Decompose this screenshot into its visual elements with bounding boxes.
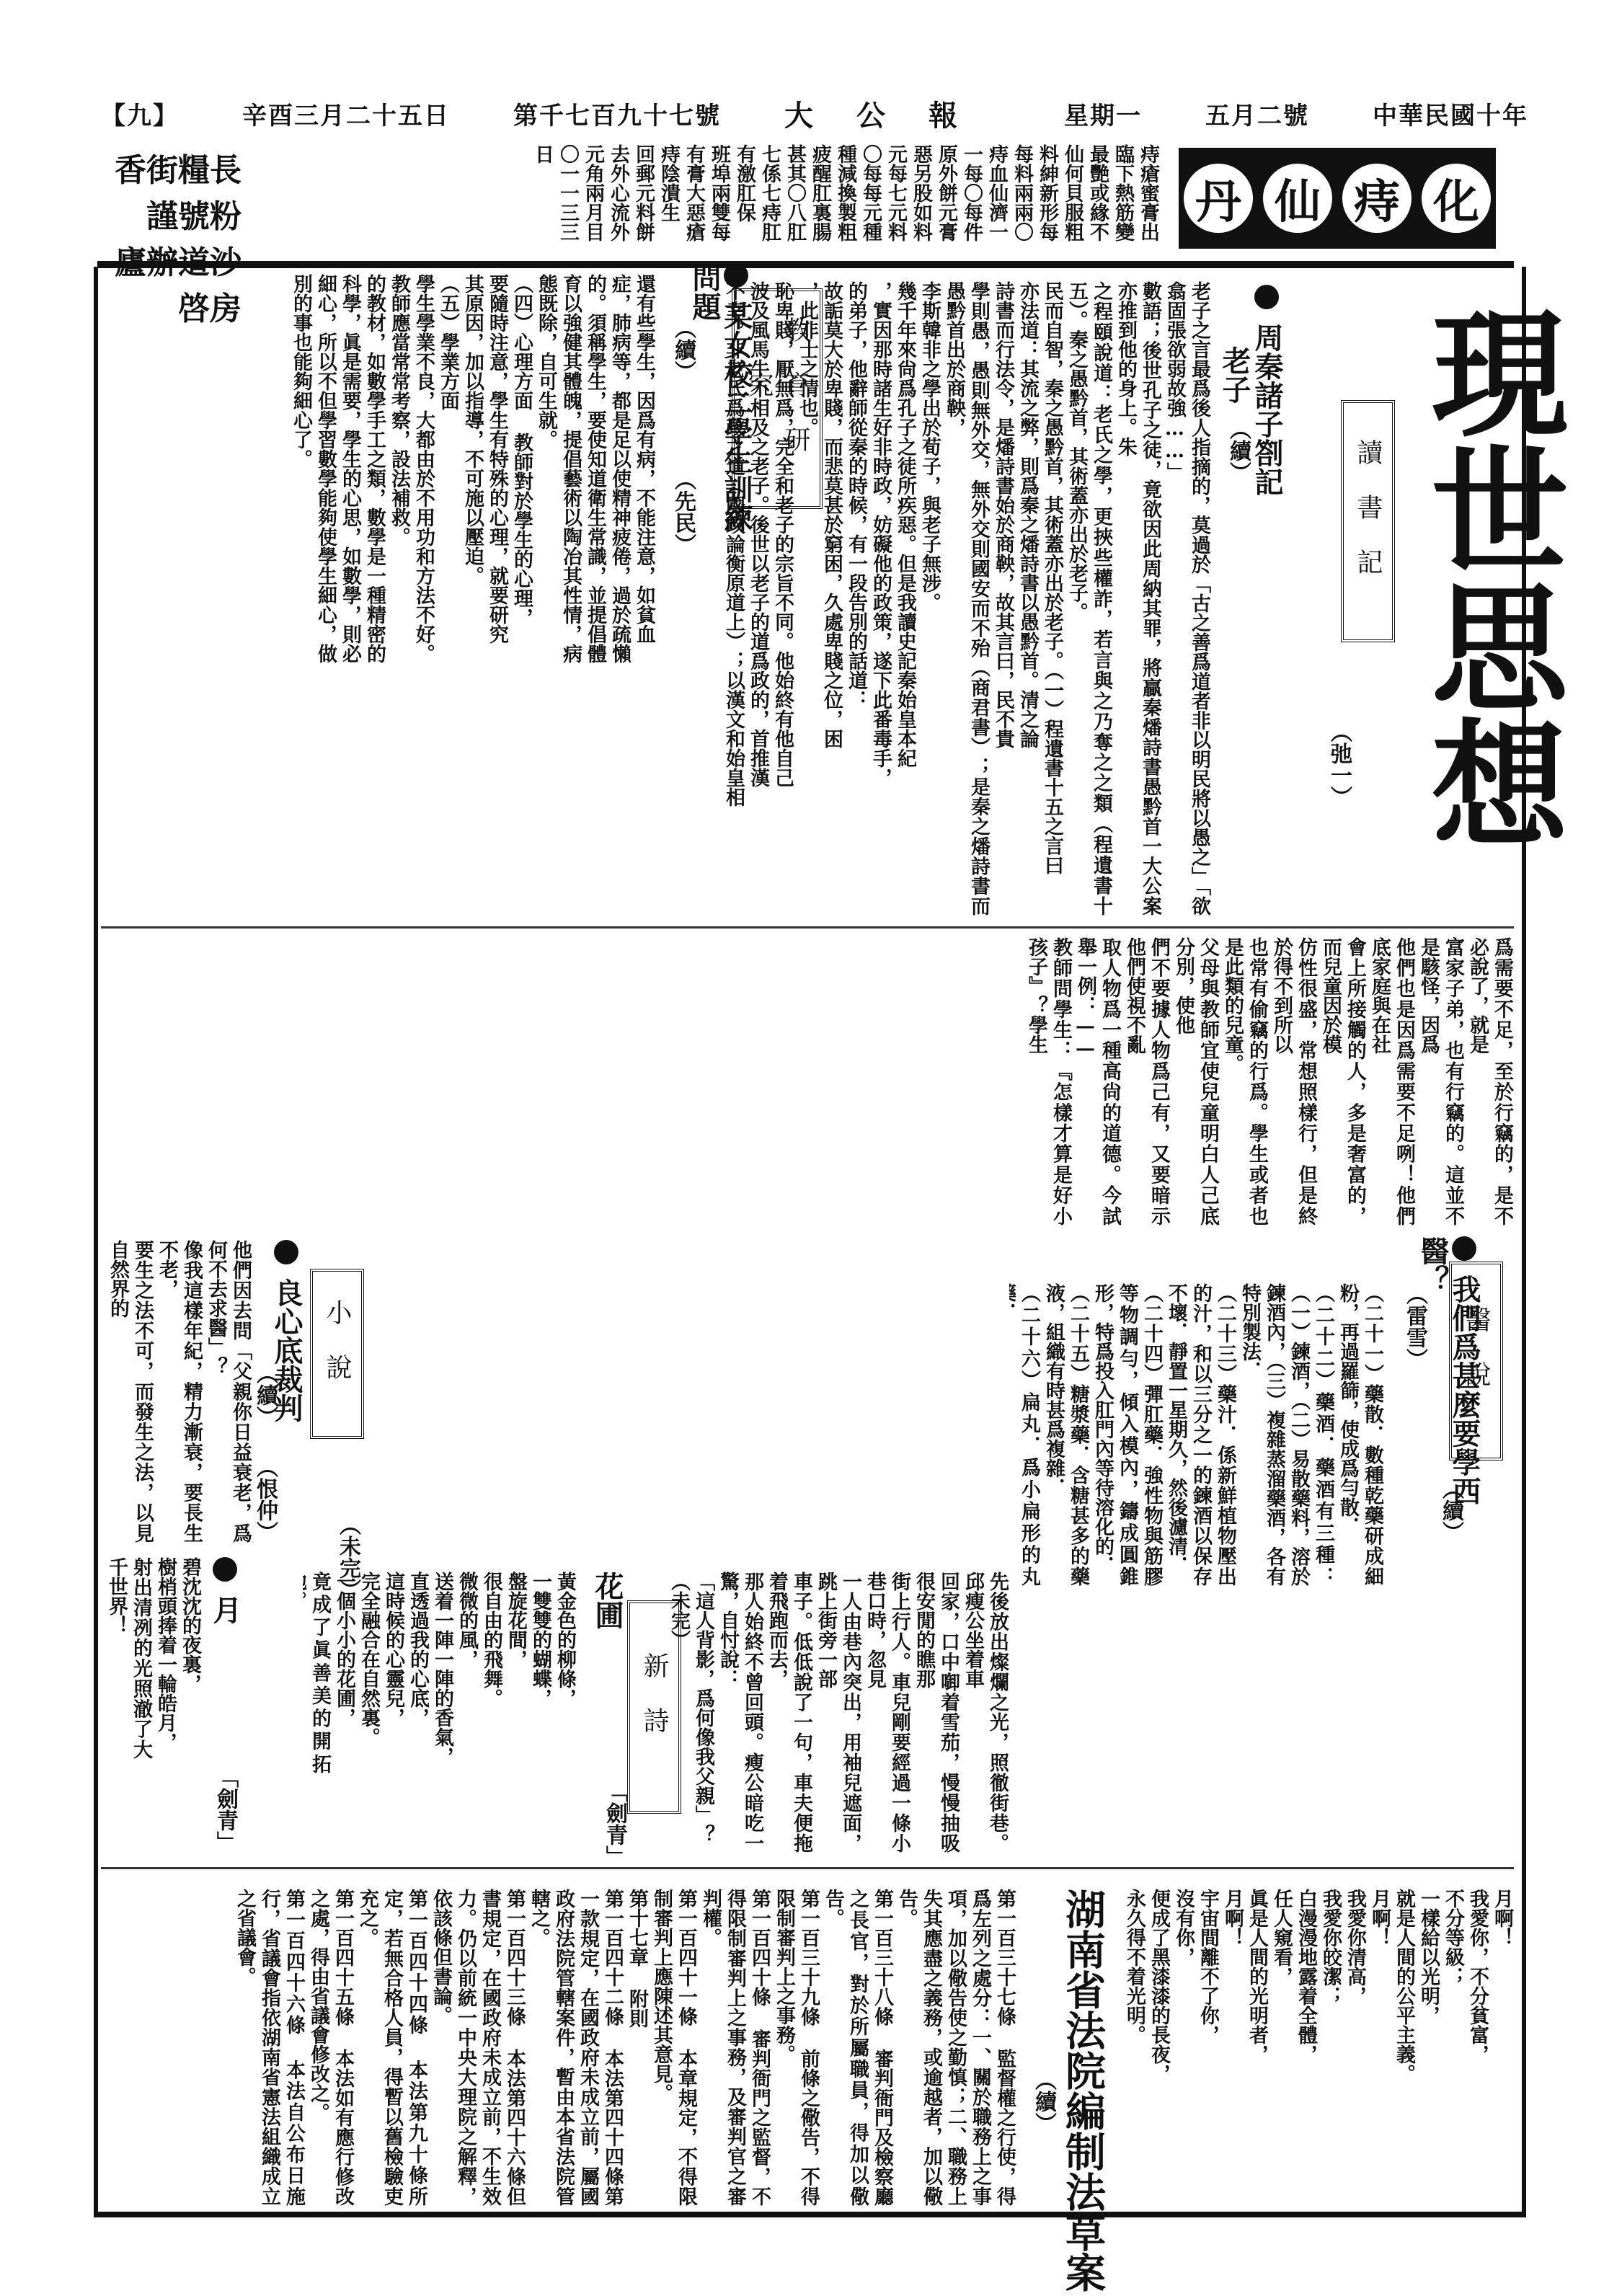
- divider-rule: [101, 1867, 1514, 1869]
- law-article: 第一百四十五條 本法如有應行修改之處，得由省議會修改之。: [306, 1889, 355, 2206]
- paragraph: 先後放出燦爛之光，照徹街巷。邱瘦公坐着車: [960, 1572, 1009, 1853]
- poem-line: 樹梢頭捧着一輪皓月，: [153, 1557, 177, 1759]
- masthead-page-number: 【九】: [101, 96, 179, 131]
- paragraph: 他們也是因爲需要不足咧！他們底家庭與在社: [1367, 937, 1416, 1225]
- poem-moon-author: 「劍青」: [209, 1766, 241, 1853]
- paragraph: 的。須稱學生，要使知道衛生常識，並提倡體: [582, 274, 607, 908]
- paragraph: 的教材，如數學手工之類，數學是一種精密的: [362, 274, 386, 908]
- poem-line: 宇宙間離不了你，: [1195, 1889, 1220, 2105]
- bullet-icon: [213, 1557, 237, 1582]
- list-item: （二十四）彈肛藥．強性物與筋膠等物調勻，傾入模內，鑄成圓錐形，特爲投入肛門內等待…: [1090, 1283, 1164, 1586]
- paragraph: 「這人背影，爲何像我父親」？: [691, 1572, 715, 1853]
- law-continued: （續）: [1027, 2069, 1059, 2134]
- poem-garden-lines: 黃金色的柳條， 一雙雙的蝴蝶， 盤旋花間， 很自由的飛舞。 微微的風， 送着一陣…: [303, 1572, 577, 1773]
- article-laozi-continued: （續）: [1222, 418, 1254, 483]
- poem-line: 不分等級；: [1440, 1889, 1465, 2105]
- education-body: 還有些學生，因爲有病，不能注意，如貧血 症，肺病等，都是足以使精神疲倦，過於疏懶…: [108, 274, 656, 908]
- paragraph: 科學，眞是需要，學生的心思，如數學，則必: [337, 274, 362, 908]
- author-tag: （弛一）: [1323, 721, 1355, 807]
- ad-banner-char: 化: [1422, 164, 1491, 233]
- masthead: 中華民國十年 五月二號 星期一 大公報 第千七百九十七號 辛酉三月二十五日 【九…: [101, 97, 1528, 130]
- education-continued: （續）: [667, 317, 699, 382]
- column-label-reading-notes: 讀書記: [1341, 400, 1395, 642]
- masthead-date: 五月二號: [1205, 96, 1309, 131]
- poem-moon-lines: 碧沈沈的夜裏， 樹梢頭捧着一輪皓月， 射出清冽的光照澈了大千世界！: [108, 1557, 202, 1759]
- masthead-weekday: 星期一: [1064, 96, 1142, 131]
- poem-line: 月啊！: [1367, 1889, 1391, 2105]
- law-article: 第一百四十條 審判衙門之監督，不得限制審判上之事務，及審判官之審判權。: [698, 1889, 771, 2206]
- poem-line: 沒有你，: [1171, 1889, 1195, 2105]
- section-title-xianshi-sixiang: 現世思想: [1413, 303, 1564, 952]
- paragraph: 態既除，自可生就。: [533, 274, 558, 908]
- paragraph: 民而自智，秦之愚黔首，其術蓋亦出於老子。（一）程遺書十五之言曰: [1040, 281, 1064, 916]
- paragraph: 要生之法不可，而發生之法，以見自然界的: [108, 1240, 154, 1543]
- masthead-date-roc: 中華民國十年: [1373, 96, 1528, 131]
- poem-line: 白漫漫地露着全體，: [1293, 1889, 1318, 2105]
- law-article: 第一百四十四條 本法第九十條所定，若無合格人員，得暫以舊檢驗吏充之。: [355, 1889, 428, 2206]
- poem-line: 一個小小的花圃，: [332, 1572, 356, 1773]
- list-item: （二十六）扁丸．爲小扁形的丸藥．: [1009, 1283, 1041, 1586]
- masthead-issue: 第千七百九十七號: [513, 96, 721, 131]
- paragraph: 要隨時注意，學生有特殊的心理，就要研究: [484, 274, 509, 908]
- bullet-icon: [274, 1240, 298, 1264]
- poem-line: 完全融合在自然裏。: [356, 1572, 381, 1773]
- paragraph: 的弟子，他辭師從秦的時候，有一段告別的話道：: [843, 281, 868, 916]
- paragraph: 父母與教師宜使兒童明白人己底分別，使他: [1171, 937, 1220, 1225]
- poem-line: 永久得不着光明。: [1122, 1889, 1146, 2105]
- ad-brand: 長糧街香粉號謹 沙道辦廬房啓: [97, 144, 241, 252]
- poem-garden-header: 花圃: [591, 1572, 623, 1629]
- paragraph: 老子之言最爲後人指摘的，莫過於「古之善爲道者非以明民將以愚之」「欲翕固張欲弱故強…: [1162, 281, 1211, 916]
- bullet-icon: [1254, 285, 1279, 309]
- poem-line: 很自由的飛舞。: [479, 1572, 503, 1773]
- poem-moon-header: 月: [209, 1557, 241, 1624]
- divider-rule: [94, 2212, 1525, 2217]
- medicine-continued: （續）: [1435, 1478, 1466, 1543]
- law-article: 第一百三十七條 監督權之行使，得爲左列之處分：一、關於職務上之事項，加以儆告使之…: [894, 1889, 1016, 2206]
- novel-author: （恨仲）: [249, 1456, 280, 1543]
- ad-banner-hua-zhi-xian-dan: 化 痔 仙 丹: [1179, 148, 1496, 249]
- poem-line: 我愛你皎潔；: [1318, 1889, 1342, 2105]
- poem-line: 碧沈沈的夜裏，: [177, 1557, 202, 1759]
- article-laozi-subhead: 老子: [1218, 346, 1250, 404]
- ad-banner-char: 仙: [1263, 164, 1332, 233]
- law-articles: 第一百三十七條 監督權之行使，得爲左列之處分：一、關於職務上之事項，加以儆告使之…: [108, 1889, 1016, 2206]
- paragraph: 詩書而行法令，是燔詩書始於商鞅，故其言曰，民不貴: [991, 281, 1015, 916]
- paragraph: 們不要據人物爲己有，又要暗示他們使視不亂: [1122, 937, 1171, 1225]
- poem-line: 任人窺看，: [1269, 1889, 1293, 2105]
- law-article: 第一百四十三條 本法第四十六條但書規定，在國政府未成立前，不生效力。仍以前統一中…: [428, 1889, 526, 2206]
- poem-garden-title: 花圃: [590, 1572, 624, 1629]
- paragraph: 一人由巷內突出，用袖兒遮面，跳上街旁一部: [813, 1572, 862, 1853]
- poem-line: 直透過我的心底，: [405, 1572, 430, 1773]
- law-article: 第一百四十二條 本法第四十四條第一款規定，在國政府未成立前，屬國政府法院管轄案件…: [526, 1889, 624, 2206]
- paragraph: 教師問學生：『怎樣才算是好小孩子』？學生: [1024, 937, 1073, 1225]
- medicine-items: （二十一）藥散．數種乾藥研成細粉，再過羅篩，使成爲勻散． （二十二）藥酒．藥酒有…: [1009, 1283, 1384, 1586]
- paragraph: 學則愚，愚則無外交，無外交則國安而不殆（商君書）；是秦之燔詩書而愚黔首出於商鞅，: [941, 281, 991, 916]
- poem-moon-lines-continued: 月啊！ 我愛你，不分貧富， 不分等級； 一樣給以光明， 就是人間的公平主義。 月…: [1103, 1889, 1514, 2105]
- poem-line: 微微的風，: [454, 1572, 479, 1773]
- paragraph: 幾千年來尙爲孔子之徒所疾惡。但是我讀史記秦始皇本紀: [892, 281, 917, 916]
- bullet-icon: [1452, 1236, 1476, 1261]
- novel-body: 他們因去問「父親你日益衰老，爲何不去求醫」？ 像我這樣年紀，精力漸衰，要長生不老…: [108, 1240, 252, 1543]
- paragraph: 學生學業不良，大都由於不用功和方法不好。: [411, 274, 435, 908]
- masthead-lunar-date: 辛酉三月二十五日: [242, 96, 450, 131]
- paragraph: 數語；後世孔子之徒，竟欲因此周納其罪，將贏秦燔詩書愚黔首一大公案亦推到他的身上。…: [1113, 281, 1162, 916]
- paragraph: 教師應當常常考察，設法補救。: [386, 274, 411, 908]
- poem-line: 盤旋花間，: [503, 1572, 528, 1773]
- article-laozi-headline: 周秦諸子劄記: [1250, 323, 1284, 496]
- poem-line: 月啊！: [1489, 1889, 1514, 2105]
- law-article: 第十七章 附則: [624, 1889, 649, 2206]
- paragraph: 亦法道：其流之弊，則爲秦之燔詩書以愚黔首。清之論: [1015, 281, 1040, 916]
- list-item: （二十三）藥汁．係新鮮植物壓出的汁，和以三分之一的鍊酒以保存不壞．靜置一星期久，…: [1164, 1283, 1237, 1586]
- section-label-new-poetry: 新詩: [627, 1600, 681, 1814]
- medicine-author: （雷雪）: [1399, 1283, 1430, 1370]
- paragraph: 李斯韓非之學出於荀子，與老子無涉。: [917, 281, 941, 916]
- ad-brand-top: 長糧街香粉號謹: [97, 144, 241, 236]
- paragraph: 仿性很盛，常想照樣行，但是終於得不到所以: [1269, 937, 1318, 1225]
- paragraph: （四）心理方面 教師對於學生的心理，: [509, 274, 533, 908]
- bullet-icon: [724, 263, 748, 288]
- paragraph: 他們因去問「父親你日益衰老，爲何不去求醫」？: [203, 1240, 252, 1543]
- list-item: （二十一）藥散．數種乾藥研成細粉，再過羅篩，使成爲勻散．: [1335, 1283, 1384, 1586]
- poem-line: 這時候的心靈兒，: [381, 1572, 405, 1773]
- novel-continued: （續）: [249, 1362, 280, 1427]
- education-author: （先民）: [667, 469, 699, 555]
- list-item: （二十二）藥酒．藥酒有三種：（一）鍊酒，（二）易散藥料，溶於鍊酒內，（三）複雜蒸…: [1237, 1283, 1335, 1586]
- ad-banner-char: 痔: [1342, 164, 1412, 233]
- poem-line: 竟成了眞善美的開拓地。: [303, 1572, 332, 1773]
- advertisement-strip: 化 痔 仙 丹 痔瘡蜜膏出臨下熱筋變最艷或緣不仙何貝服粗料紳新形每每料兩兩〇痔血…: [97, 141, 1528, 256]
- paragraph: （五）學業方面: [435, 274, 460, 908]
- paragraph: 細心，所以不但學習數學能夠使學生細心，做: [313, 274, 337, 908]
- ad-body-text: 痔瘡蜜膏出臨下熱筋變最艷或緣不仙何貝服粗料紳新形每每料兩兩〇痔血仙濟一一每〇每件…: [241, 144, 1161, 252]
- law-article: 第一百三十九條 前條之儆告，不得限制審判上之事務。: [771, 1889, 820, 2206]
- section-label-novel: 小說: [310, 1269, 364, 1439]
- poem-line: 一樣給以光明，: [1416, 1889, 1440, 2105]
- paragraph: 症，肺病等，都是足以使精神疲倦，過於疏懶: [607, 274, 631, 908]
- law-article: 第一百四十一條 本章規定，不得限制審判上應陳述其意見。: [649, 1889, 698, 2206]
- paragraph: ，實因那時諸生好非時政，妨礙他的政策，遂下此番毒手，: [868, 281, 892, 916]
- paragraph: 故詬莫大於卑賤，而悲莫甚於窮困，久處卑賤之位，困: [819, 281, 843, 916]
- poem-line: 我愛你，不分貧富，: [1465, 1889, 1489, 2105]
- paragraph: 車子。低低說了一句，車夫便拖着飛跑而去，: [764, 1572, 813, 1853]
- poem-line: 就是人間的公平主義。: [1391, 1889, 1416, 2105]
- list-item: （二十五）糖漿藥．含糖甚多的藥液，組織有時甚爲複雜．: [1041, 1283, 1090, 1586]
- paragraph: 回家，口中啣着雪茄，慢慢抽吸很安閒的瞧那: [911, 1572, 960, 1853]
- poem-moon-title: 月: [208, 1595, 242, 1624]
- poem-line: 一雙雙的蝴蝶，: [528, 1572, 552, 1773]
- poem-line: 射出清冽的光照澈了大千世界！: [108, 1557, 153, 1759]
- paragraph: 也常有偷竊的行爲。學生或者也是此類的兒童。: [1220, 937, 1269, 1225]
- paragraph: 那人始終不曾回頭。瘦公暗吃一驚，自忖說：: [715, 1572, 764, 1853]
- paragraph: 會上所接觸的人，多是奢富的，而兒童因於模: [1318, 937, 1367, 1225]
- paragraph: 富家子弟，也有行竊的。這並不是駭怪，因爲: [1416, 937, 1465, 1225]
- medicine-headline: 我們爲甚麼要學西醫？: [1416, 1236, 1481, 1505]
- poem-line: 月啊！: [1220, 1889, 1244, 2105]
- law-headline: 湖南省法院編制法草案: [1067, 1889, 1099, 2292]
- paragraph: 取人物爲一種高尙的道德。今試舉一例：——: [1073, 937, 1122, 1225]
- masthead-paper-name: 大公報: [784, 93, 1001, 134]
- article-laozi-header: 周秦諸子劄記: [1251, 285, 1282, 573]
- law-article: 第一百四十六條 本法自公布日施行，省議會指依湖南省憲法組織成立之省議會。: [232, 1889, 306, 2206]
- poem-line: 送着一陣一陣的香氣，: [430, 1572, 454, 1773]
- ad-banner-char: 丹: [1184, 164, 1253, 233]
- law-article: 第一百三十八條 審判衙門及檢察廳之長官，對於所屬職員，得加以儆告。: [820, 1889, 894, 2206]
- paragraph: 還有些學生，因爲有病，不能注意，如貧血: [631, 274, 656, 908]
- paragraph: 街上行人。車兒剛要經過一條小巷口時，忽見: [862, 1572, 911, 1853]
- poem-line: 便成了黑漆漆的長夜，: [1146, 1889, 1171, 2105]
- paragraph: 像我這樣年紀，精力漸衰，要長生不老，: [154, 1240, 203, 1543]
- poem-line: 眞是人間的光明者，: [1244, 1889, 1269, 2105]
- paragraph: 其原因，加以指導，不可施以壓迫。: [460, 274, 484, 908]
- paragraph: 爲需要不足，至於行竊的，是不必說了，就是: [1465, 937, 1514, 1225]
- divider-rule: [101, 926, 1514, 928]
- paragraph: 育以強健其體魄，提倡藝術以陶冶其性情，病: [558, 274, 582, 908]
- poem-garden-author: 「劍青」: [598, 1781, 630, 1867]
- parenting-body: 爲需要不足，至於行竊的，是不必說了，就是 富家子弟，也有行竊的。這並不是駭怪，因…: [894, 937, 1514, 1225]
- paragraph: 之程頤說道：老氏之學，更挾些權詐，若言與之乃奪之之類（程遺書十五）。秦之愚黔首，…: [1064, 281, 1113, 916]
- paragraph: 別的事也能夠細心了。: [288, 274, 313, 908]
- poem-line: 我愛你清高，: [1342, 1889, 1367, 2105]
- poem-line: 黃金色的柳條，: [552, 1572, 577, 1773]
